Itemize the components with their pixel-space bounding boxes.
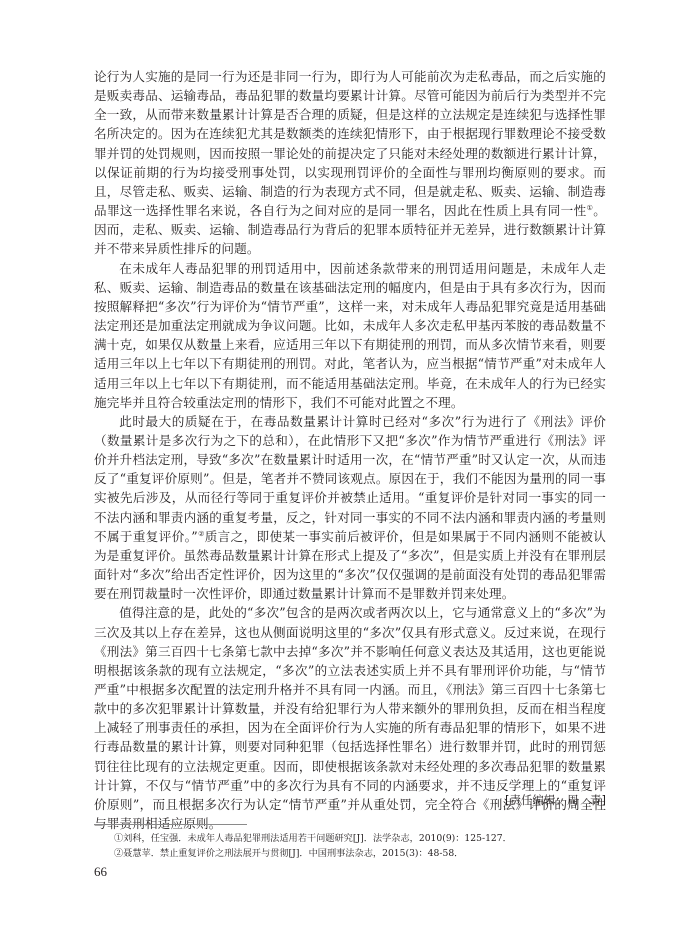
footnote-ref-2[interactable]: ② <box>198 530 205 538</box>
page-number: 66 <box>94 864 107 880</box>
article-body: 论行为人实施的是同一行为还是非同一行为，即行为人可能前次为走私毒品，而之后实施的… <box>94 67 606 833</box>
paragraph-1: 论行为人实施的是同一行为还是非同一行为，即行为人可能前次为走私毒品，而之后实施的… <box>94 67 606 259</box>
footnote-divider <box>94 824 247 825</box>
paragraph-text: 在未成年人毒品犯罪的刑罚适用中，因前述条款带来的刑罚适用问题是，未成年人走私、贩… <box>94 261 606 410</box>
responsible-editor-note: [责任编辑：周 青] <box>505 792 606 808</box>
paragraph-text: 论行为人实施的是同一行为还是非同一行为，即行为人可能前次为走私毒品，而之后实施的… <box>94 69 606 218</box>
paragraph-3: 此时最大的质疑在于，在毒品数量累计计算时已经对“多次”行为进行了《刑法》评价（数… <box>94 412 606 604</box>
paragraph-text: 此时最大的质疑在于，在毒品数量累计计算时已经对“多次”行为进行了《刑法》评价（数… <box>94 414 606 544</box>
footnotes: ①刘科，任宝强．未成年人毒品犯罪刑法适用若干问题研究[J]．法学杂志，2010(… <box>114 831 614 861</box>
paragraph-2: 在未成年人毒品犯罪的刑罚适用中，因前述条款带来的刑罚适用问题是，未成年人走私、贩… <box>94 259 606 412</box>
footnote-1: ①刘科，任宝强．未成年人毒品犯罪刑法适用若干问题研究[J]．法学杂志，2010(… <box>114 831 614 846</box>
footnote-2: ②聂慧苹．禁止重复评价之刑法展开与贯彻[J]．中国刑事法杂志，2015(3)：4… <box>114 846 614 861</box>
